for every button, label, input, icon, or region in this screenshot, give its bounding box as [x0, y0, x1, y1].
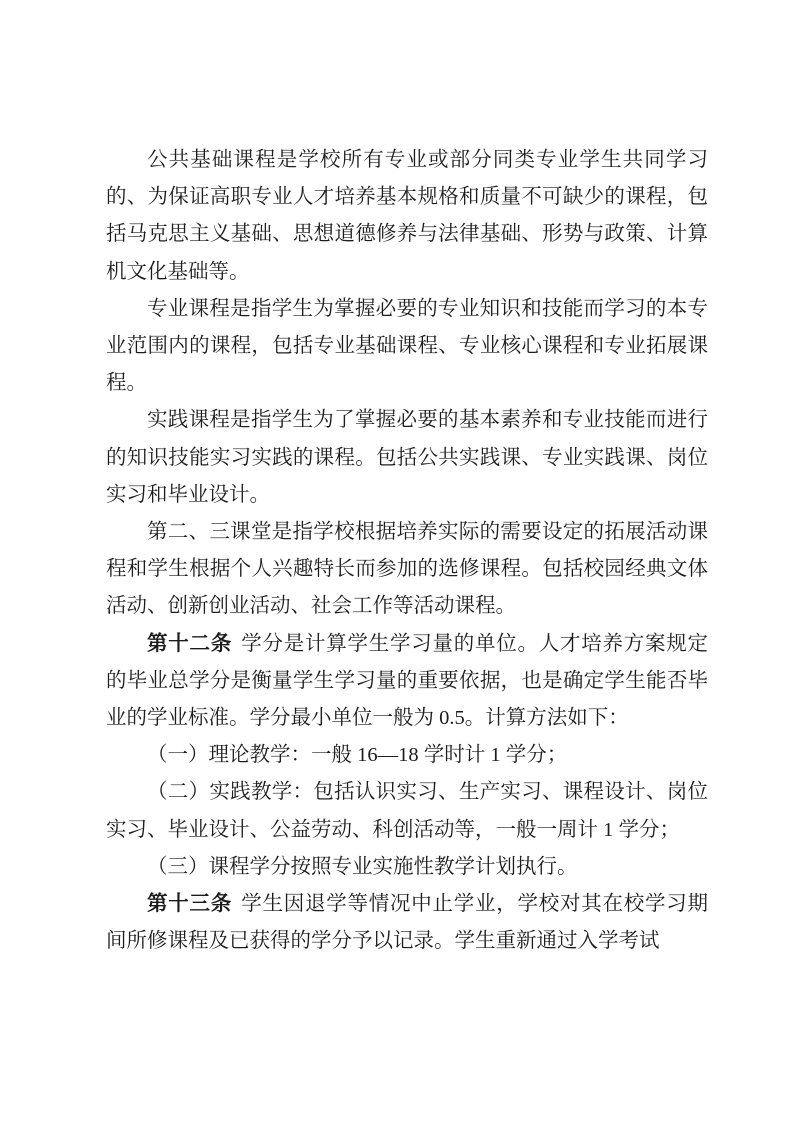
paragraph: 专业课程是指学生为掌握必要的专业知识和技能而学习的本专业范围内的课程，包括专业基… [106, 291, 708, 403]
article-number: 第十二条 [147, 633, 232, 655]
paragraph: 公共基础课程是学校所有专业或部分同类专业学生共同学习的、为保证高职专业人才培养基… [106, 142, 708, 291]
paragraph-text: 公共基础课程是学校所有专业或部分同类专业学生共同学习的、为保证高职专业人才培养基… [106, 149, 708, 283]
paragraph-text: （三）课程学分按照专业实施性教学计划执行。 [147, 856, 578, 878]
paragraph-list-item-1: （一）理论教学：一般 16—18 学时计 1 学分； [106, 737, 708, 774]
document-page: 公共基础课程是学校所有专业或部分同类专业学生共同学习的、为保证高职专业人才培养基… [0, 0, 794, 1122]
paragraph-text: 实践课程是指学生为了掌握必要的基本素养和专业技能而进行的知识技能实习实践的课程。… [106, 409, 708, 505]
paragraph-list-item-2: （二）实践教学：包括认识实习、生产实习、课程设计、岗位实习、毕业设计、公益劳动、… [106, 774, 708, 848]
paragraph-article-13: 第十三条学生因退学等情况中止学业，学校对其在校学习期间所修课程及已获得的学分予以… [106, 886, 708, 960]
paragraph-list-item-3: （三）课程学分按照专业实施性教学计划执行。 [106, 849, 708, 886]
paragraph-article-12: 第十二条学分是计算学生学习量的单位。人才培养方案规定的毕业总学分是衡量学生学习量… [106, 626, 708, 738]
paragraph-text: 第二、三课堂是指学校根据培养实际的需要设定的拓展活动课程和学生根据个人兴趣特长而… [106, 521, 708, 617]
paragraph-text: （一）理论教学：一般 16—18 学时计 1 学分； [147, 744, 567, 766]
paragraph: 第二、三课堂是指学校根据培养实际的需要设定的拓展活动课程和学生根据个人兴趣特长而… [106, 514, 708, 626]
paragraph-text: 专业课程是指学生为掌握必要的专业知识和技能而学习的本专业范围内的课程，包括专业基… [106, 298, 708, 394]
paragraph-text: （二）实践教学：包括认识实习、生产实习、课程设计、岗位实习、毕业设计、公益劳动、… [106, 781, 708, 840]
paragraph: 实践课程是指学生为了掌握必要的基本素养和专业技能而进行的知识技能实习实践的课程。… [106, 402, 708, 514]
article-number: 第十三条 [147, 893, 232, 915]
